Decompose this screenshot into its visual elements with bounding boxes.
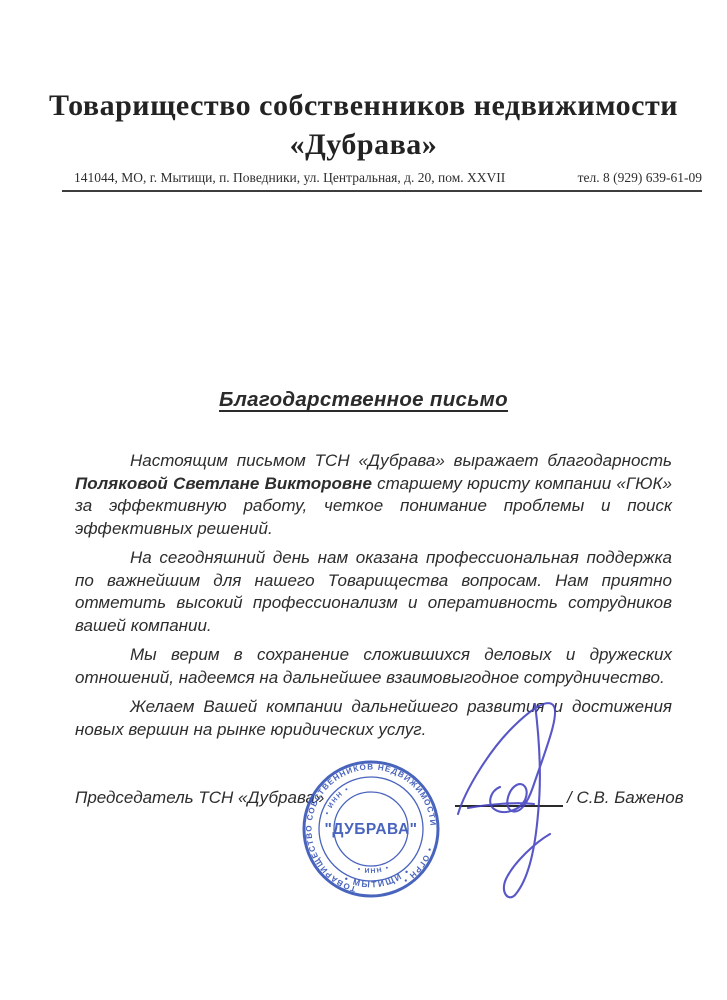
letter-title: Благодарственное письмо (0, 388, 727, 412)
org-name-line1: Товарищество собственников недвижимости (0, 86, 727, 125)
letter-page: Товарищество собственников недвижимости … (0, 0, 727, 1000)
paragraph-3: Мы верим в сохранение сложившихся деловы… (75, 644, 672, 689)
org-name-line2: «Дубрава» (0, 125, 727, 164)
paragraph-1: Настоящим письмом ТСН «Дубрава» выражает… (75, 450, 672, 540)
recipient-name: Поляковой Светлане Викторовне (75, 474, 372, 493)
signer-title: Председатель ТСН «Дубрава» (75, 788, 324, 808)
stamp-center-text: "ДУБРАВА" (325, 821, 418, 838)
paragraph-2: На сегодняшний день нам оказана професси… (75, 547, 672, 637)
org-address: 141044, МО, г. Мытищи, п. Поведники, ул.… (62, 170, 505, 186)
letterhead-contact-row: 141044, МО, г. Мытищи, п. Поведники, ул.… (62, 170, 702, 192)
company-stamp-icon: ТОВАРИЩЕСТВО СОБСТВЕННИКОВ НЕДВИЖИМОСТИ … (300, 758, 442, 900)
org-phone: тел. 8 (929) 639-61-09 (578, 170, 702, 186)
org-name: Товарищество собственников недвижимости … (0, 86, 727, 164)
handwritten-signature-icon (438, 692, 588, 904)
